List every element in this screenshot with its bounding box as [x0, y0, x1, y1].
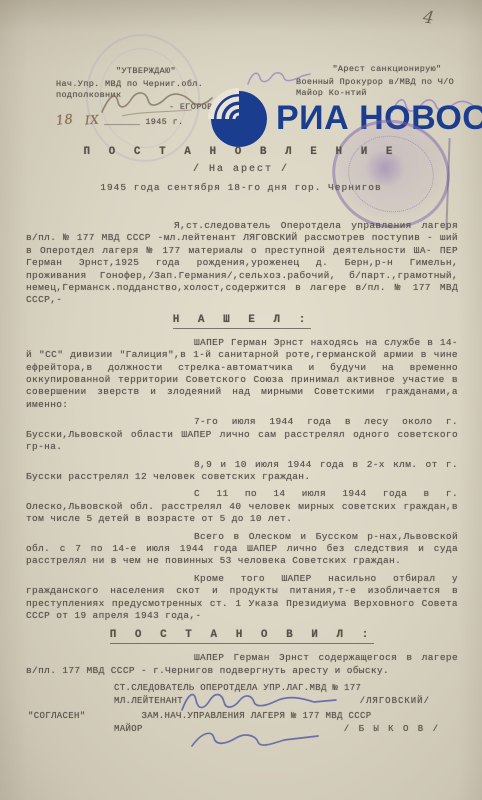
- agree-label: "СОГЛАСЕН": [28, 710, 86, 723]
- document-body: Я,ст.следователь Оперотдела управления л…: [26, 220, 458, 735]
- charge-paragraph-3: С 11 по 14 июля 1944 года в г. Олеско,Ль…: [26, 488, 458, 525]
- sig2-name: / Б Ы К О В /: [344, 723, 440, 736]
- sanction-quote: "Арест санкционирую": [296, 64, 478, 76]
- document-subtitle: / На арест /: [0, 164, 482, 175]
- sig2-role: ЗАМ.НАЧ.УПРАВЛЕНИЯ ЛАГЕРЯ № 177 МВД СССР: [142, 710, 372, 723]
- approve-quote: "УТВЕРЖДАЮ": [56, 66, 236, 78]
- handwritten-day: 18: [55, 114, 73, 127]
- found-heading: Н А Ш Е Л :: [26, 314, 458, 329]
- sig2-rank: МАЙОР: [114, 723, 143, 736]
- charge-paragraph-2: 8,9 и 10 июля 1944 года в 2-х клм. от г.…: [26, 459, 458, 484]
- approve-year: 1945 г.: [145, 117, 183, 127]
- page-number: 4: [422, 7, 436, 28]
- sig1-name: /ЛЯГОВСКИЙ/: [360, 695, 430, 708]
- approve-name: - ЕГОРОВ-: [56, 102, 236, 114]
- sig1-rank: МЛ.ЛЕЙТЕНАНТ: [114, 695, 183, 708]
- sig1-role: СТ.СЛЕДОВАТЕЛЬ ОПЕРОТДЕЛА УПР.ЛАГ.МВД № …: [114, 682, 458, 695]
- approve-org: Нач.Упр. МВД по Черниг.обл.: [56, 79, 236, 91]
- document-page: 4 "УТВЕРЖДАЮ" Нач.Упр. МВД по Черниг.обл…: [0, 0, 482, 800]
- intro-paragraph: Я,ст.следователь Оперотдела управления л…: [26, 220, 458, 307]
- document-dateline: 1945 года сентября 18-го дня гор. Черниг…: [0, 182, 482, 193]
- agree-row: "СОГЛАСЕН" ЗАМ.НАЧ.УПРАВЛЕНИЯ ЛАГЕРЯ № 1…: [26, 710, 458, 723]
- resolved-heading: П О С Т А Н О В И Л :: [26, 629, 458, 644]
- sanction-role: Военный Прокурор в/МВД по Ч/О: [296, 77, 478, 89]
- approve-date-line: 18 IX _______ 1945 г.: [56, 115, 236, 129]
- sig1-row: МЛ.ЛЕЙТЕНАНТ /ЛЯГОВСКИЙ/: [114, 695, 458, 708]
- charge-paragraph-5: Кроме того ШАПЕР насильно отбирал у граж…: [26, 573, 458, 623]
- blank-underline: _______: [104, 117, 140, 127]
- title-block: П О С Т А Н О В Л Е Н И Е / На арест / 1…: [0, 146, 482, 193]
- approval-block-left: "УТВЕРЖДАЮ" Нач.Упр. МВД по Черниг.обл. …: [56, 66, 236, 129]
- found-intro-paragraph: ШАПЕР Герман Эрнст находясь на службе в …: [26, 337, 458, 411]
- approval-block-right: "Арест санкционирую" Военный Прокурор в/…: [296, 64, 478, 100]
- resolution-paragraph: ШАПЕР Герман Эрнст содержащегося в лагер…: [26, 652, 458, 677]
- approve-rank: подполковник: [56, 90, 236, 102]
- charge-paragraph-4: Всего в Олеском и Бусском р-нах,Львовско…: [26, 531, 458, 568]
- handwritten-month: IX: [84, 115, 99, 127]
- signature-block: СТ.СЛЕДОВАТЕЛЬ ОПЕРОТДЕЛА УПР.ЛАГ.МВД № …: [26, 682, 458, 735]
- charge-paragraph-1: 7-го июля 1944 года в лесу около г. Бусс…: [26, 416, 458, 453]
- sig2-row: МАЙОР / Б Ы К О В /: [114, 723, 458, 736]
- document-title: П О С Т А Н О В Л Е Н И Е: [0, 146, 482, 158]
- sanction-name: Майор Ко-нтий: [296, 88, 478, 100]
